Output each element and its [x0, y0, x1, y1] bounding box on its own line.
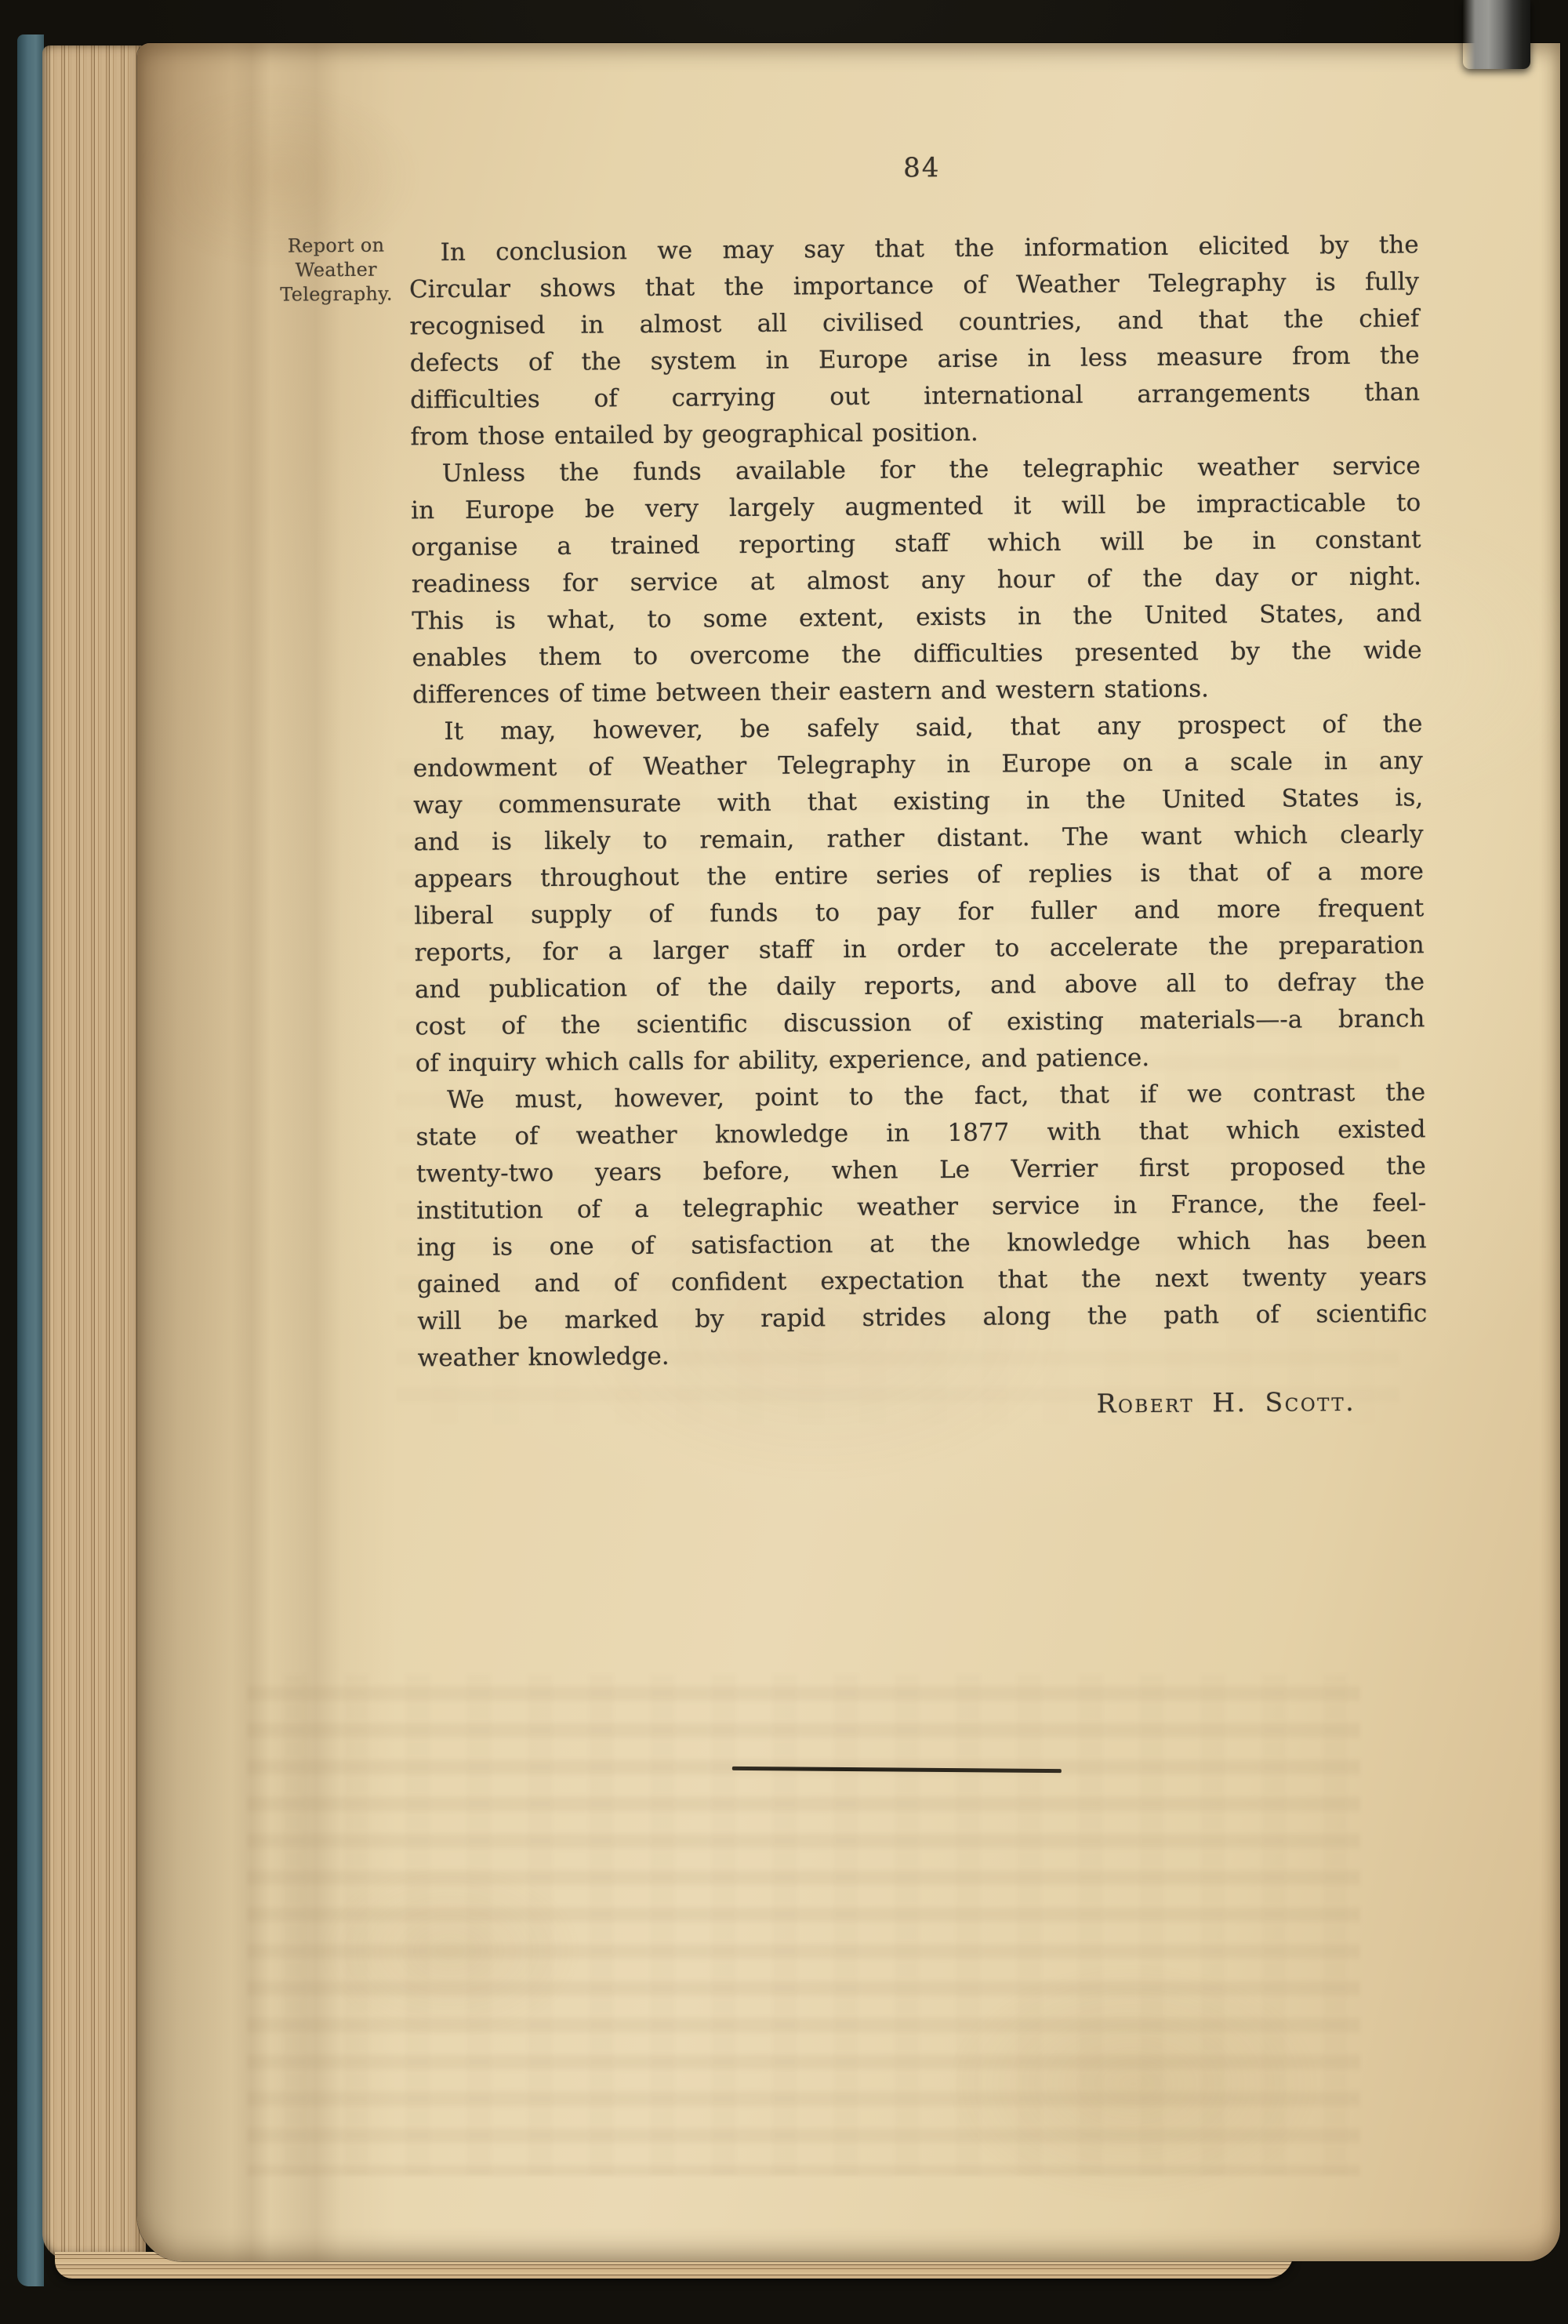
- book-cover-spine-edge: [17, 34, 44, 2286]
- left-page-edges: [42, 45, 146, 2260]
- author-signature: Robert H. Scott.: [418, 1385, 1428, 1424]
- section-end-rule: [732, 1767, 1062, 1773]
- body-text: In conclusion we may say that the inform…: [408, 227, 1427, 1377]
- paragraph: We must, however, point to the fact, tha…: [416, 1074, 1428, 1377]
- margin-note: Report on Weather Telegraphy.: [257, 233, 415, 307]
- text-line: weather knowledge.: [418, 1332, 1428, 1377]
- page-number: 84: [875, 152, 969, 184]
- paragraph: Unless the funds available for the teleg…: [411, 448, 1423, 714]
- scan-background: { "document": { "page_number": "84", "ma…: [0, 0, 1568, 2324]
- book-page: 84 Report on Weather Telegraphy. In conc…: [137, 43, 1560, 2261]
- paragraph: It may, however, be safely said, that an…: [412, 706, 1425, 1082]
- scanner-clip: [1463, 0, 1530, 69]
- printed-content: 84 Report on Weather Telegraphy. In conc…: [131, 38, 1568, 2267]
- paragraph: In conclusion we may say that the inform…: [408, 227, 1420, 456]
